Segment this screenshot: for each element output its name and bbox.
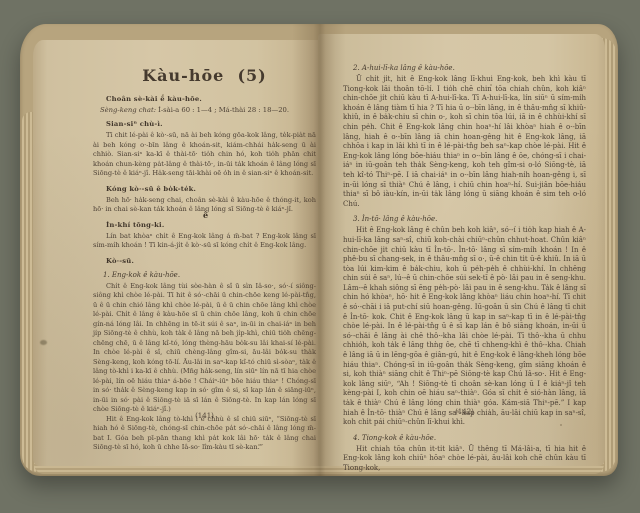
ink-spot-artifact: ê [203,210,208,220]
left-page: Kàu-hōe (5) Choân sè-kài ê kàu-hōe. Sèng… [33,40,320,466]
right-page-text-block: 2. A-hui-lī-ka lâng ê kàu-hōe. Ū chi̍t j… [318,34,605,466]
section-heading-story-purpose: Kóng kò·-sū ê bo̍k-te̍k. [106,185,316,193]
right-page: 2. A-hui-lī-ka lâng ê kàu-hōe. Ū chi̍t j… [318,34,605,466]
paper-speck [258,444,260,446]
subsection-2-heading: 2. A-hui-lī-ka lâng ê kàu-hōe. [353,64,586,72]
paragraph-china-church: Hit chiah tōa chûn it-ti̍t kiâⁿ. Ū thêng… [343,445,586,474]
page-number-right: (142) [343,408,586,416]
section-heading-teacher-note: Sian-siⁿ chù-ì. [106,120,316,128]
paper-speck [490,84,492,86]
left-page-text-block: Kàu-hōe (5) Choân sè-kài ê kàu-hōe. Sèng… [33,40,320,466]
subsection-4-heading: 4. Tiong-kok ê kàu-hōe. [353,434,586,442]
paragraph-england-church-1: Chi̍t ê Eng-kok lâng tùi sòe-hàn ê sî ū … [93,282,316,415]
section-heading-story: Kò·-sū. [106,257,316,265]
scripture-reference: Sèng-keng chat: Í-sài-a 60 : 1—4 ; Má-th… [100,106,316,114]
paper-speck [560,424,562,426]
paragraph-teacher-note: Tī chit lé-pài ê kò·-sū, nā ài beh kóng … [93,131,316,179]
page-title: Kàu-hōe (5) [93,66,316,85]
paper-speck [162,94,164,96]
scripture-label: Sèng-keng chat: [100,106,156,114]
section-heading-motivation: Ín-khí tōng-ki. [106,221,316,229]
subsection-3-heading: 3. Ìn-tō· lâng ê kàu-hōe. [353,215,586,223]
subsection-1-heading: 1. Eng-kok ê kàu-hōe. [103,271,316,279]
paragraph-motivation: Lín bat khòaⁿ chi̍t ê Eng-kok lâng á m̄-… [93,232,316,251]
page-number-left: (141) [93,412,316,420]
paragraph-africa-church: Ū chi̍t ji̍t, hit ê Eng-kok lâng lī-khui… [343,75,586,209]
paragraph-england-church-2: Hit ê Eng-kok lâng tò-khì i ê chhù ê sî … [93,415,316,453]
open-book: Kàu-hōe (5) Choân sè-kài ê kàu-hōe. Sèng… [20,24,618,476]
margin-smudge [40,340,47,345]
section-heading-world-church: Choân sè-kài ê kàu-hōe. [106,95,316,103]
paragraph-india-church: Hit ê Eng-kok lâng ê chûn beh koh kiâⁿ, … [343,226,586,427]
scripture-refs: Í-sài-a 60 : 1—4 ; Má-thài 28 : 18—20. [158,106,289,114]
